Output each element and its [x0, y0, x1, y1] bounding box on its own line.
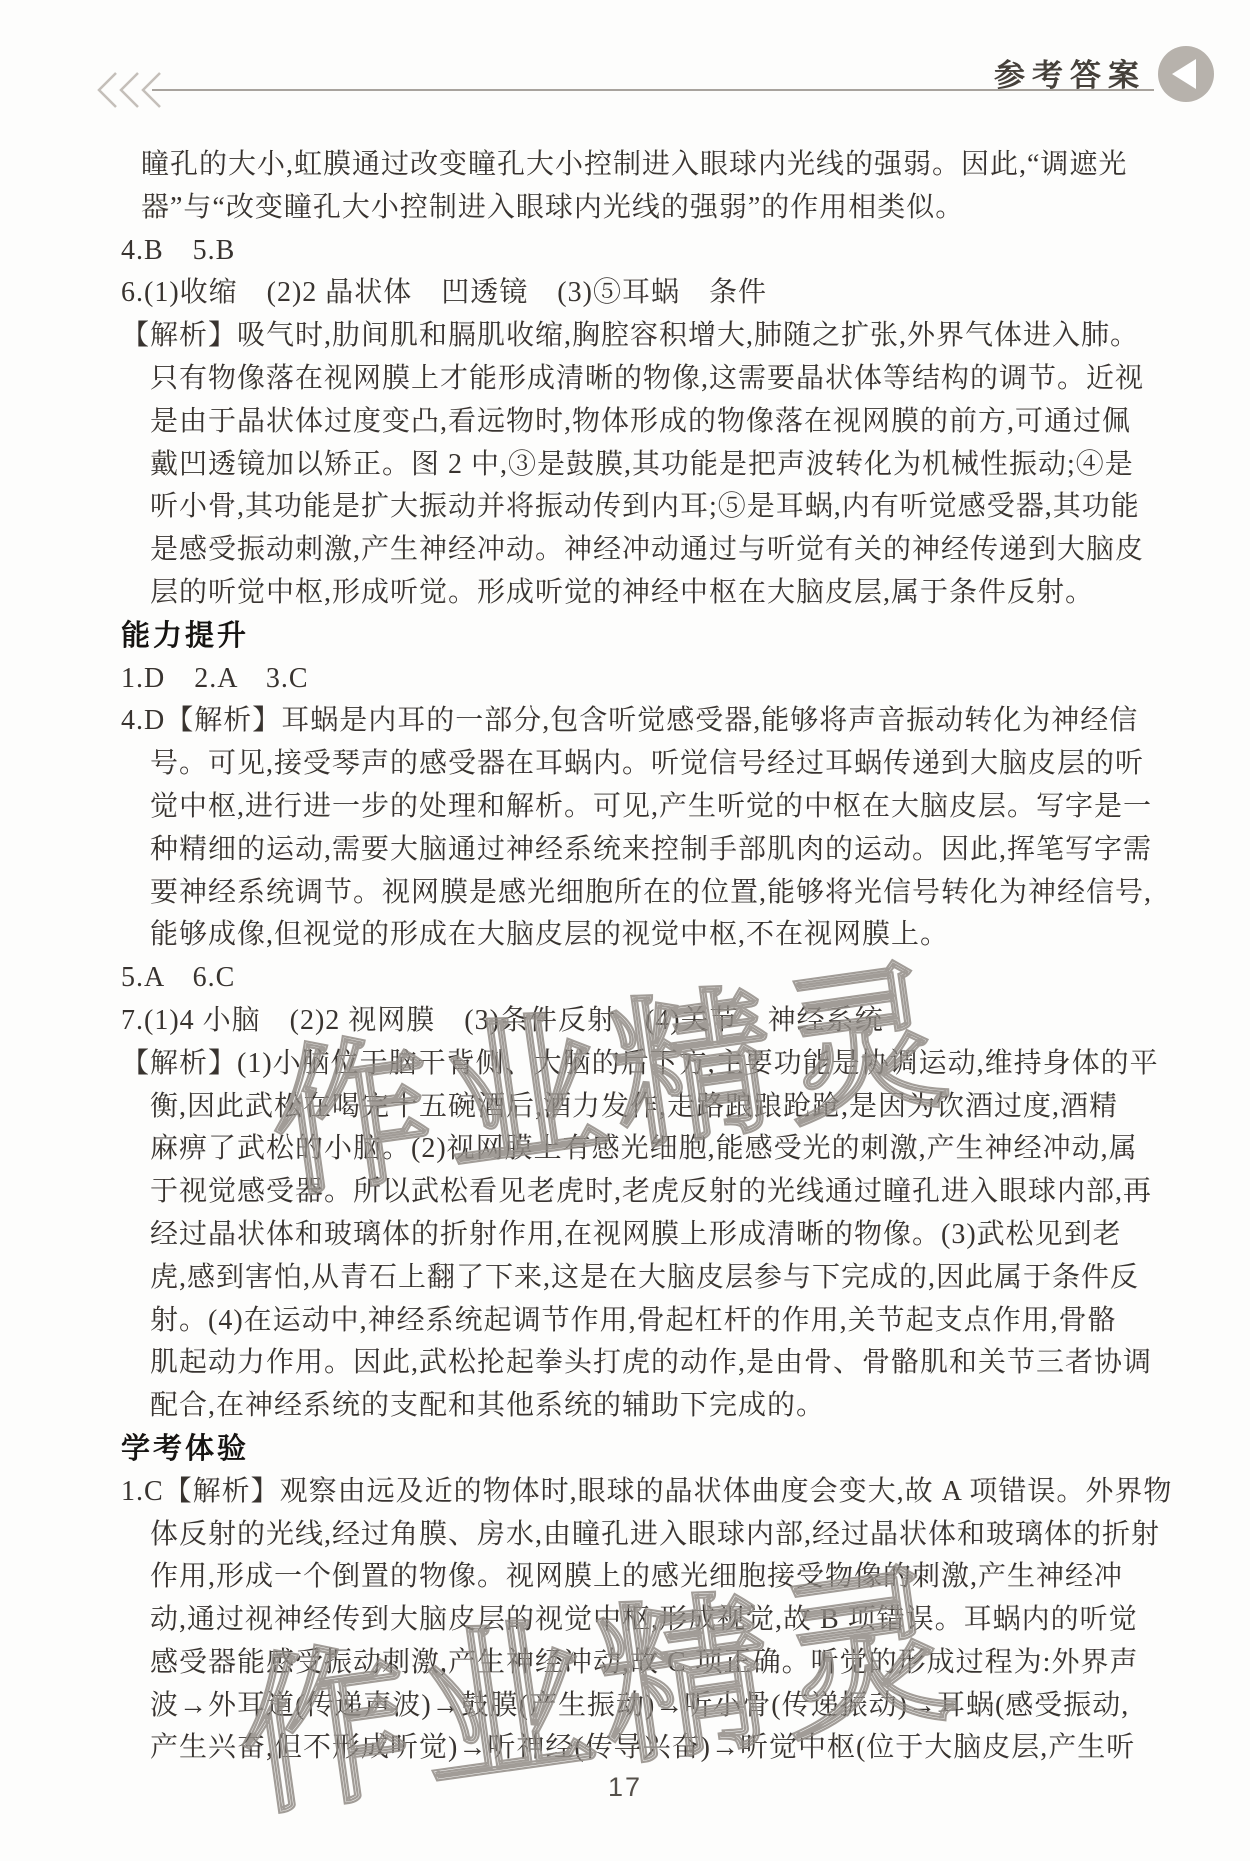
text-line: 波→外耳道(传递声波)→鼓膜(产生振动)→听小骨(传递振动)→耳蜗(感受振动, — [0, 1685, 1250, 1728]
text-line: 号。可见,接受琴声的感受器在耳蜗内。听觉信号经过耳蜗传递到大脑皮层的听 — [0, 743, 1250, 786]
text-line: 能够成像,但视觉的形成在大脑皮层的视觉中枢,不在视网膜上。 — [0, 914, 1250, 957]
text-line: 配合,在神经系统的支配和其他系统的辅助下完成的。 — [0, 1385, 1250, 1428]
text-line: 4.D【解析】耳蜗是内耳的一部分,包含听觉感受器,能够将声音振动转化为神经信 — [0, 700, 1250, 743]
answer-content: 瞳孔的大小,虹膜通过改变瞳孔大小控制进入眼球内光线的强弱。因此,“调遮光器”与“… — [0, 144, 1250, 1770]
text-line: 6.(1)收缩 (2)2 晶状体 凹透镜 (3)⑤耳蜗 条件 — [0, 272, 1250, 315]
text-line: 衡,因此武松在喝完十五碗酒后,酒力发作,走路踉踉跄跄,是因为饮酒过度,酒精 — [0, 1086, 1250, 1129]
text-line: 射。(4)在运动中,神经系统起调节作用,骨起杠杆的作用,关节起支点作用,骨骼 — [0, 1300, 1250, 1343]
answer-sheet-page: 参考答案 瞳孔的大小,虹膜通过改变瞳孔大小控制进入眼球内光线的强弱。因此,“调遮… — [0, 0, 1250, 1861]
text-line: 戴凹透镜加以矫正。图 2 中,③是鼓膜,其功能是把声波转化为机械性振动;④是 — [0, 444, 1250, 487]
text-line: 层的听觉中枢,形成听觉。形成听觉的神经中枢在大脑皮层,属于条件反射。 — [0, 572, 1250, 615]
text-line: 【解析】吸气时,肋间肌和膈肌收缩,胸腔容积增大,肺随之扩张,外界气体进入肺。 — [0, 315, 1250, 358]
text-line: 种精细的运动,需要大脑通过神经系统来控制手部肌肉的运动。因此,挥笔写字需 — [0, 829, 1250, 872]
text-line: 经过晶状体和玻璃体的折射作用,在视网膜上形成清晰的物像。(3)武松见到老 — [0, 1214, 1250, 1257]
text-line: 能力提升 — [0, 615, 1250, 658]
text-line: 肌起动力作用。因此,武松抡起拳头打虎的动作,是由骨、骨骼肌和关节三者协调 — [0, 1342, 1250, 1385]
text-line: 5.A 6.C — [0, 957, 1250, 1000]
text-line: 觉中枢,进行进一步的处理和解析。可见,产生听觉的中枢在大脑皮层。写字是一 — [0, 786, 1250, 829]
text-line: 动,通过视神经传到大脑皮层的视觉中枢,形成视觉,故 B 项错误。耳蜗内的听觉 — [0, 1599, 1250, 1642]
text-line: 麻痹了武松的小脑。(2)视网膜上有感光细胞,能感受光的刺激,产生神经冲动,属 — [0, 1128, 1250, 1171]
left-triangle-icon — [1172, 59, 1196, 89]
text-line: 瞳孔的大小,虹膜通过改变瞳孔大小控制进入眼球内光线的强弱。因此,“调遮光 — [0, 144, 1250, 187]
page-number: 17 — [0, 1772, 1250, 1803]
text-line: 学考体验 — [0, 1428, 1250, 1471]
text-line: 1.C【解析】观察由远及近的物体时,眼球的晶状体曲度会变大,故 A 项错误。外界… — [0, 1471, 1250, 1514]
text-line: 是由于晶状体过度变凸,看远物时,物体形成的物像落在视网膜的前方,可通过佩 — [0, 401, 1250, 444]
text-line: 4.B 5.B — [0, 230, 1250, 273]
text-line: 听小骨,其功能是扩大振动并将振动传到内耳;⑤是耳蜗,内有听觉感受器,其功能 — [0, 486, 1250, 529]
text-line: 感受器能感受振动刺激,产生神经冲动,故 C 项正确。听觉的形成过程为:外界声 — [0, 1642, 1250, 1685]
text-line: 作用,形成一个倒置的物像。视网膜上的感光细胞接受物像的刺激,产生神经冲 — [0, 1556, 1250, 1599]
left-arrow-badge-icon — [1158, 46, 1214, 102]
text-line: 要神经系统调节。视网膜是感光细胞所在的位置,能够将光信号转化为神经信号, — [0, 872, 1250, 915]
text-line: 体反射的光线,经过角膜、房水,由瞳孔进入眼球内部,经过晶状体和玻璃体的折射 — [0, 1514, 1250, 1557]
text-line: 是感受振动刺激,产生神经冲动。神经冲动通过与听觉有关的神经传递到大脑皮 — [0, 529, 1250, 572]
text-line: 虎,感到害怕,从青石上翻了下来,这是在大脑皮层参与下完成的,因此属于条件反 — [0, 1257, 1250, 1300]
text-line: 产生兴奋,但不形成听觉)→听神经(传导兴奋)→听觉中枢(位于大脑皮层,产生听 — [0, 1727, 1250, 1770]
text-line: 于视觉感受器。所以武松看见老虎时,老虎反射的光线通过瞳孔进入眼球内部,再 — [0, 1171, 1250, 1214]
text-line: 器”与“改变瞳孔大小控制进入眼球内光线的强弱”的作用相类似。 — [0, 187, 1250, 230]
text-line: 只有物像落在视网膜上才能形成清晰的物像,这需要晶状体等结构的调节。近视 — [0, 358, 1250, 401]
text-line: 【解析】(1)小脑位于脑干背侧、大脑的后下方,主要功能是协调运动,维持身体的平 — [0, 1043, 1250, 1086]
text-line: 1.D 2.A 3.C — [0, 658, 1250, 701]
text-line: 7.(1)4 小脑 (2)2 视网膜 (3)条件反射 (4)关节 神经系统 — [0, 1000, 1250, 1043]
page-title: 参考答案 — [994, 50, 1146, 95]
